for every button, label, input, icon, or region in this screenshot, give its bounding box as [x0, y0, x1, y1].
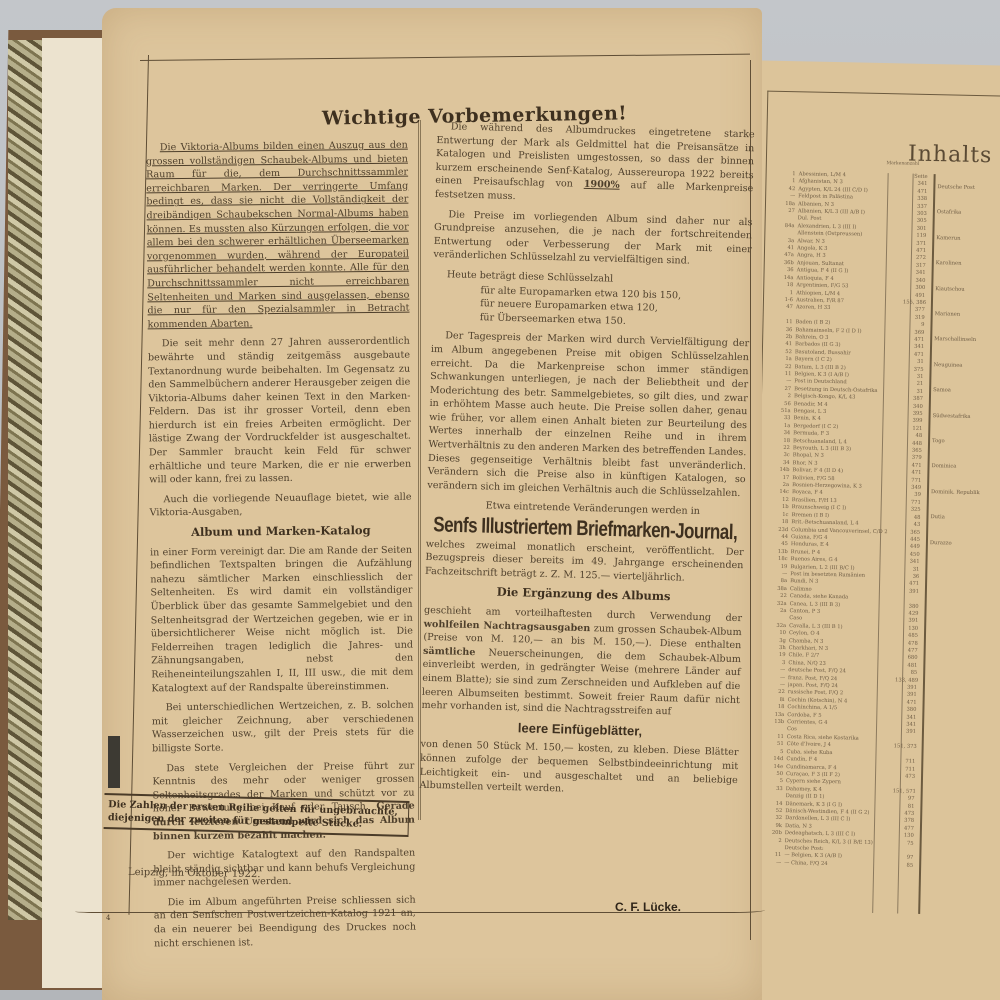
entry-number: — — [763, 859, 781, 867]
index-list: 1Abessinien, L/M 4Seite1Afghanistan, N 3… — [763, 171, 928, 870]
index-entry: Dominik. Republik — [931, 489, 1000, 498]
index-entry: Südwestafrika — [932, 413, 1000, 422]
index-entry: Kamerun — [936, 235, 1000, 244]
emphasis-text: wohlfeilen Nachtragsausgaben — [424, 618, 591, 633]
index-entry: Kiautschou — [935, 286, 1000, 295]
paragraph: von denen 50 Stück M. 150,— kosten, zu k… — [419, 738, 738, 801]
index-entry: Dominica — [931, 464, 1000, 473]
index-entry: Neuguinea — [934, 362, 1000, 371]
paragraph: Die während des Albumdruckes eingetreten… — [435, 120, 755, 210]
emphasis-text: sämtliche — [423, 646, 476, 658]
index-entry: Marschallinseln — [934, 337, 1000, 346]
column-header: Markenanzahl — [878, 161, 928, 167]
index-entry: Karolinen — [936, 260, 1000, 269]
paragraph: geschieht am vorteilhaftesten durch Verw… — [421, 604, 742, 721]
entry-page: 85 — [891, 862, 913, 870]
percent-value: 1900% — [584, 179, 620, 191]
index-entry: Marianen — [935, 311, 1000, 320]
right-page-index: Inhalts Markenanzahl 1Abessinien, L/M 4S… — [720, 60, 1000, 1000]
index-entry: Dutia — [930, 514, 1000, 523]
index-entry: Samoa — [933, 387, 1000, 396]
paragraph: Die seit mehr denn 27 Jahren ausserorden… — [148, 335, 412, 487]
section-heading: Die Ergänzung des Albums — [424, 584, 742, 606]
paragraph: Auch die vorliegende Neuauflage bietet, … — [149, 490, 411, 520]
section-heading: leere Einfügeblätter, — [421, 718, 739, 740]
paragraph: Bei unterschiedlichen Wertzeichen, z. B.… — [152, 699, 415, 756]
index-list-second: Deutsche PostOstafrikaKamerunKarolinenKi… — [929, 184, 1000, 567]
journal-name: Senfs Illustriertem Briefmarken-Journal, — [426, 516, 744, 541]
paragraph: Die Preise im vorliegenden Album sind da… — [433, 207, 752, 270]
index-entry: Durazzo — [930, 540, 1000, 549]
paragraph-text: Die Viktoria-Albums bilden einen Auszug … — [146, 140, 410, 330]
paragraph: Die Viktoria-Albums bilden einen Auszug … — [146, 139, 410, 332]
signature: C. F. Lücke. — [615, 900, 681, 914]
place-date: Leipzig, im Oktober 1922. — [128, 867, 261, 880]
paragraph: in einer Form vereinigt dar. Die am Rand… — [150, 543, 414, 695]
paragraph: Der Tagespreis der Marken wird durch Ver… — [427, 329, 749, 500]
paragraph: Die im Album angeführten Preise schliess… — [154, 893, 417, 950]
page-number: 4 — [106, 914, 110, 922]
right-column: Die während des Albumdruckes eingetreten… — [419, 120, 755, 807]
margin-marker — [108, 736, 120, 788]
section-heading: Album und Marken-Katalog — [150, 524, 412, 540]
index-entry: Togo — [932, 438, 1000, 447]
index-entry: Deutsche Post — [937, 184, 1000, 193]
index-entry: Ostafrika — [937, 210, 1000, 219]
marbled-endpaper — [8, 40, 42, 920]
paragraph: welches zweimal monatlich erscheint, ver… — [425, 537, 744, 586]
